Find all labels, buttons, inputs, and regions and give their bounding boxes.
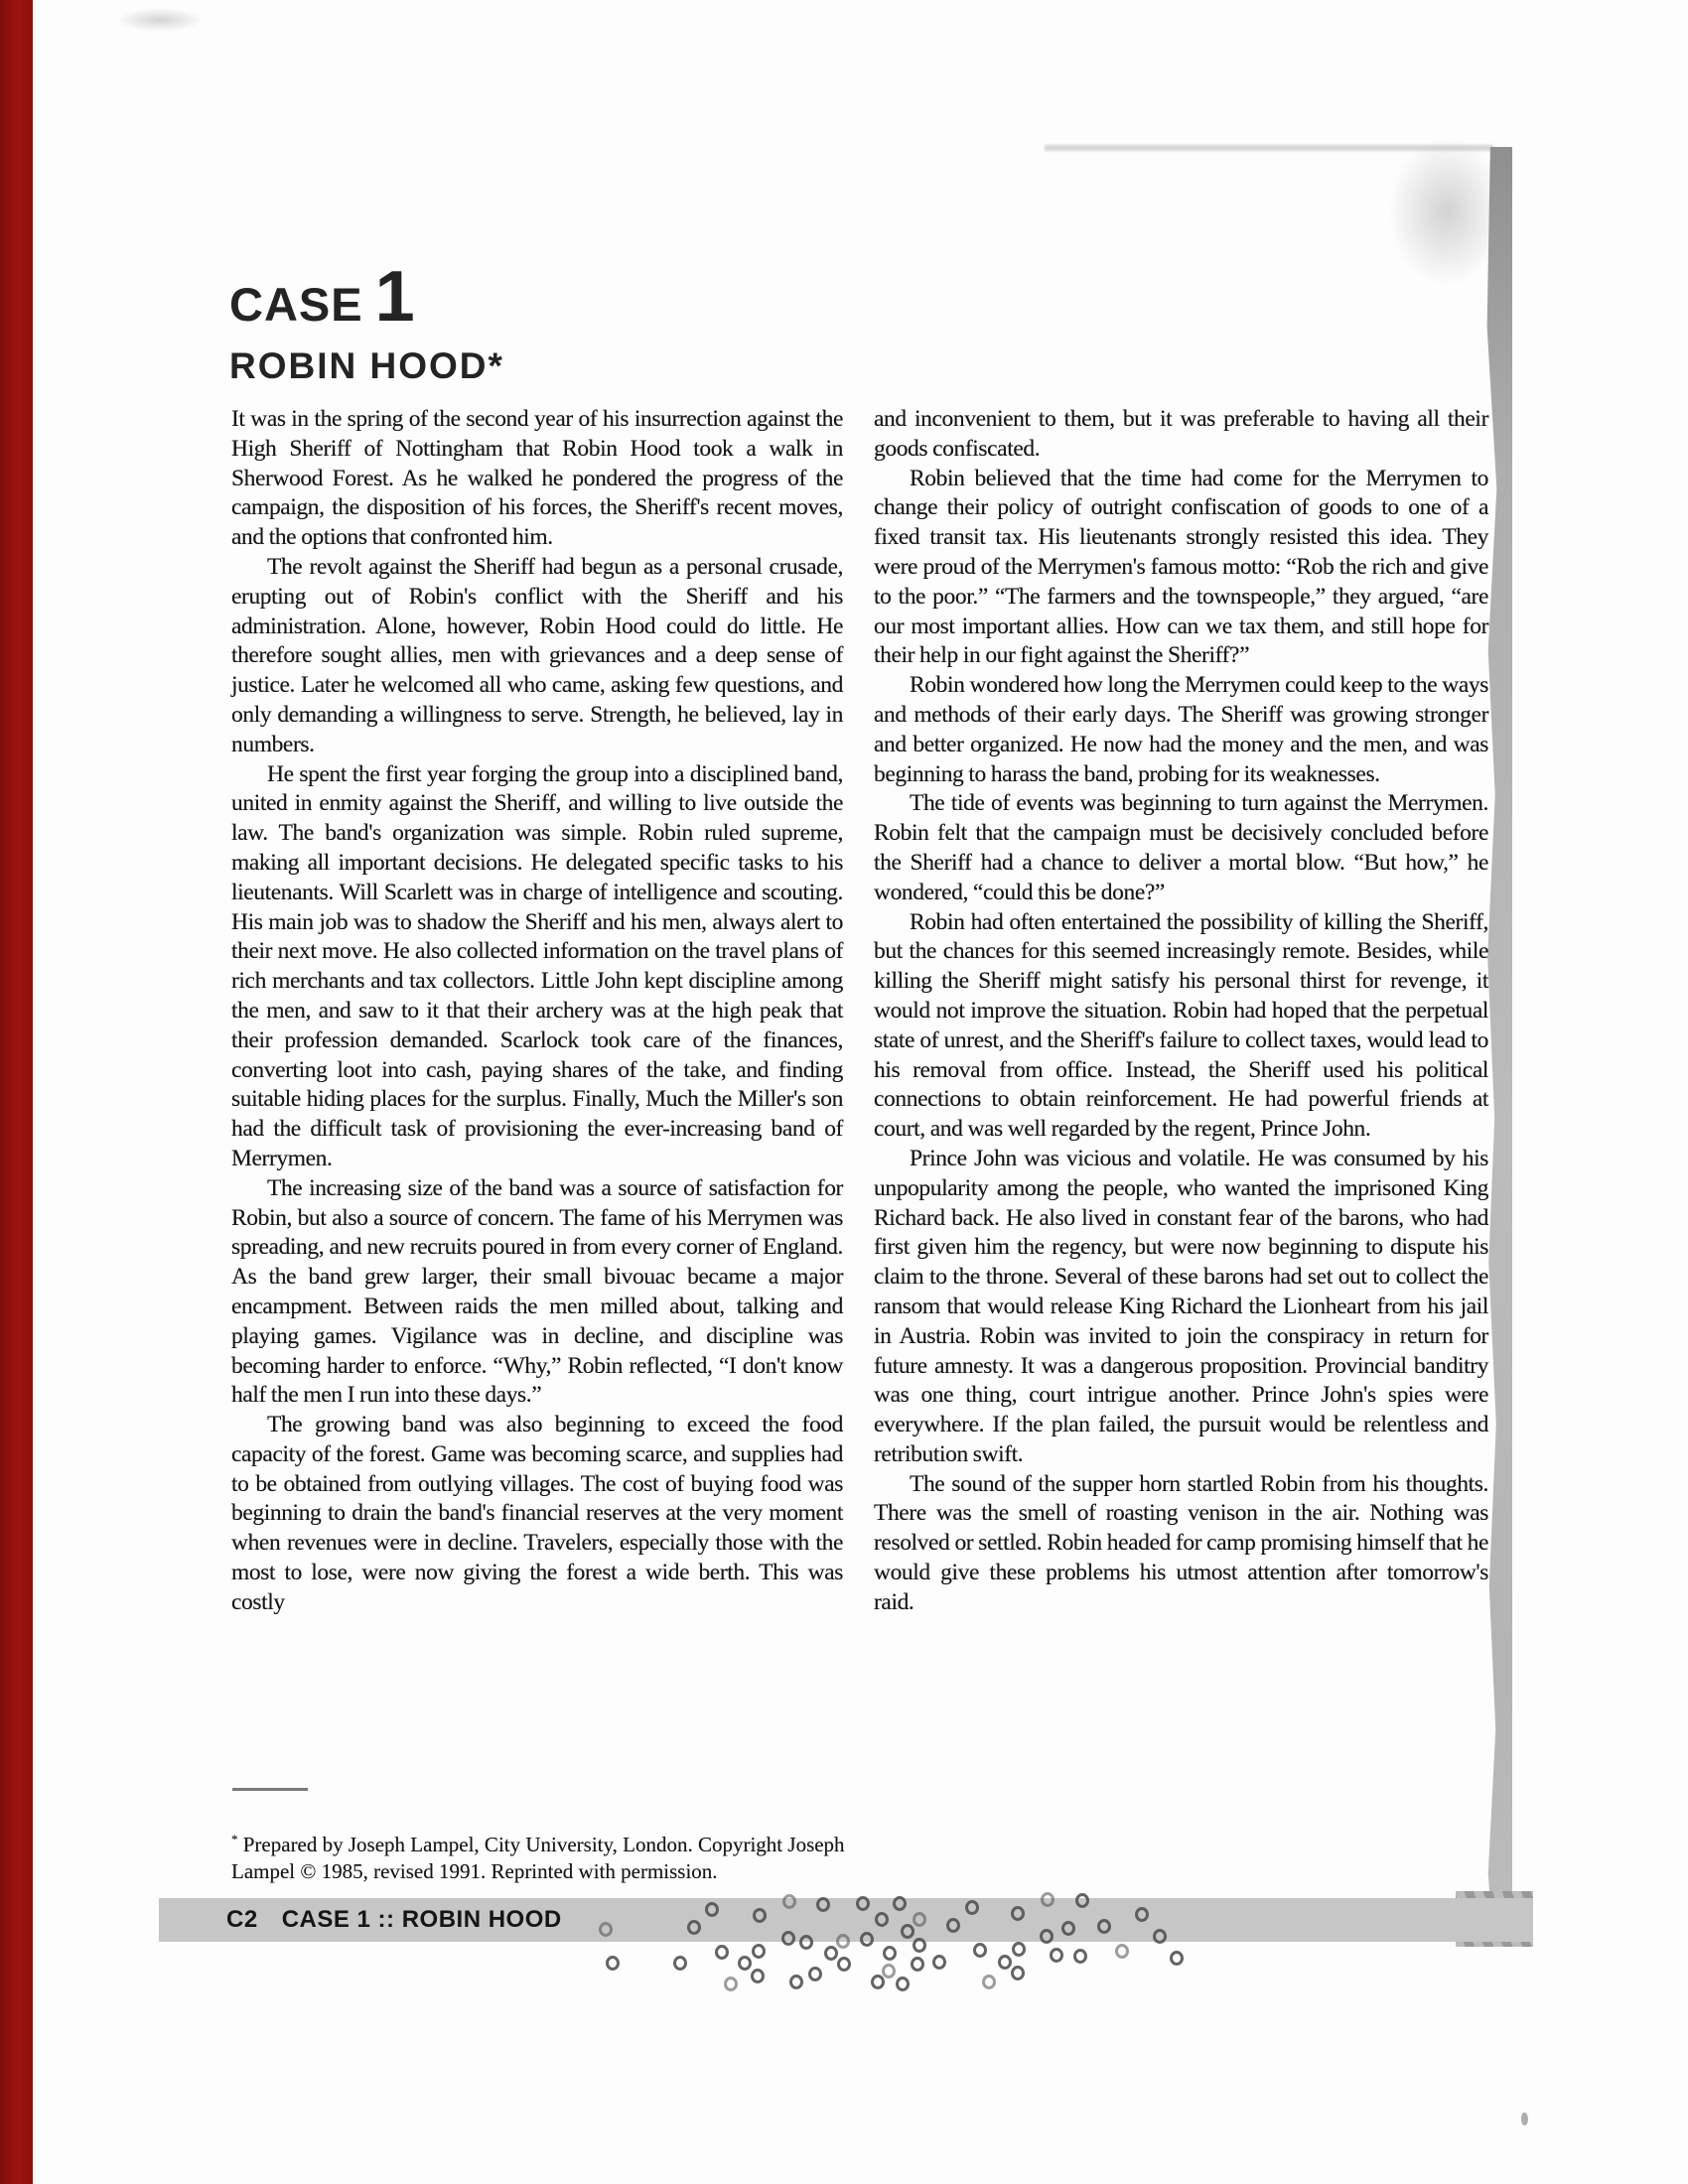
case-heading: CASE 1 [229, 256, 415, 338]
scan-dot [738, 1956, 752, 1971]
scan-dot [1073, 1949, 1087, 1964]
case-number: 1 [375, 256, 415, 338]
scan-dot [751, 1969, 765, 1983]
footer-bar: C2 CASE 1 :: ROBIN HOOD [159, 1898, 1533, 1942]
scan-smudge-top-right [1388, 137, 1505, 286]
footnote-marker: * [231, 1832, 238, 1846]
scan-dot [724, 1977, 738, 1991]
paragraph: It was in the spring of the second year … [231, 405, 843, 553]
paragraph: The tide of events was beginning to turn… [874, 789, 1488, 907]
scan-dot [752, 1944, 766, 1959]
paragraph: and inconvenient to them, but it was pre… [874, 405, 1488, 465]
footnote-rule [232, 1788, 308, 1791]
paragraph: Prince John was vicious and volatile. He… [874, 1145, 1488, 1470]
scan-dot [1050, 1948, 1063, 1963]
scan-dot [871, 1975, 885, 1989]
footnote: * Prepared by Joseph Lampel, City Univer… [231, 1826, 883, 1885]
scan-dot [896, 1977, 910, 1991]
footer-title: CASE 1 :: ROBIN HOOD [282, 1906, 562, 1934]
paragraph: Robin had often entertained the possibil… [874, 908, 1488, 1145]
paragraph: The sound of the supper horn startled Ro… [874, 1470, 1488, 1618]
left-accent-bar [0, 0, 33, 2184]
column-left: It was in the spring of the second year … [231, 405, 843, 1618]
paragraph: The growing band was also beginning to e… [231, 1411, 843, 1618]
scan-dot [883, 1946, 897, 1961]
scan-dot [982, 1975, 996, 1989]
scan-dot [998, 1955, 1012, 1970]
scan-dot [673, 1956, 687, 1971]
scan-dot [1012, 1942, 1026, 1957]
scan-dot [882, 1964, 896, 1979]
scan-dot [824, 1946, 838, 1961]
scan-dot [715, 1945, 729, 1960]
scan-dot [1011, 1966, 1025, 1980]
paragraph: Robin believed that the time had come fo… [874, 465, 1488, 672]
paragraph: Robin wondered how long the Merrymen cou… [874, 671, 1488, 789]
scan-dot [1115, 1944, 1129, 1959]
column-right: and inconvenient to them, but it was pre… [874, 405, 1488, 1618]
scan-speck-bottom-right [1521, 2113, 1528, 2125]
scan-dot [973, 1943, 987, 1958]
scan-dot [932, 1955, 946, 1970]
page-edge-shadow [1485, 147, 1512, 1946]
paragraph: The increasing size of the band was a so… [231, 1174, 843, 1411]
footer-page-label: C2 [226, 1906, 258, 1934]
scan-dot [606, 1956, 620, 1971]
page-title: ROBIN HOOD* [229, 345, 504, 387]
case-label: CASE [229, 277, 363, 332]
scan-dot [789, 1975, 803, 1989]
scan-dot [1170, 1951, 1184, 1966]
scanned-page: CASE 1 ROBIN HOOD* It was in the spring … [0, 0, 1688, 2184]
paragraph: The revolt against the Sheriff had begun… [231, 553, 843, 760]
scan-dot [837, 1957, 851, 1972]
scan-dot [911, 1957, 924, 1972]
scan-smudge-top-left [117, 8, 203, 32]
scan-dot [808, 1967, 822, 1981]
footnote-text: Prepared by Joseph Lampel, City Universi… [231, 1833, 845, 1883]
paragraph: He spent the first year forging the grou… [231, 760, 843, 1174]
